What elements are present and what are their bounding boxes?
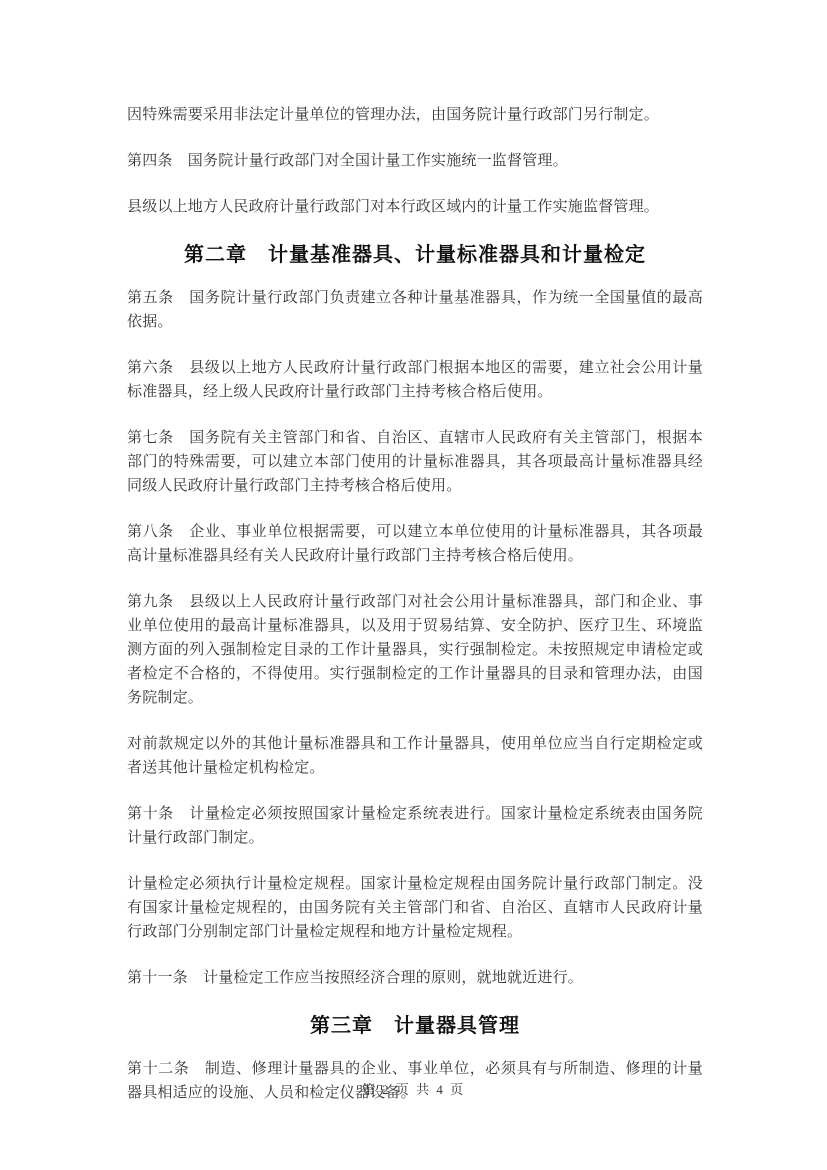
paragraph-article-10: 第十条 计量检定必须按照国家计量检定系统表进行。国家计量检定系统表由国务院计量行… bbox=[127, 802, 703, 850]
paragraph-article-4: 第四条 国务院计量行政部门对全国计量工作实施统一监督管理。 bbox=[127, 149, 703, 173]
paragraph-article-8: 第八条 企业、事业单位根据需要，可以建立本单位使用的计量标准器具，其各项最高计量… bbox=[127, 520, 703, 568]
paragraph-misc-units: 因特殊需要采用非法定计量单位的管理办法，由国务院计量行政部门另行制定。 bbox=[127, 103, 703, 127]
paragraph-article-10-cont: 计量检定必须执行计量检定规程。国家计量检定规程由国务院计量行政部门制定。没有国家… bbox=[127, 872, 703, 944]
chapter-3-heading: 第三章 计量器具管理 bbox=[127, 1012, 703, 1040]
paragraph-article-4-cont: 县级以上地方人民政府计量行政部门对本行政区域内的计量工作实施监督管理。 bbox=[127, 195, 703, 219]
paragraph-article-9: 第九条 县级以上人民政府计量行政部门对社会公用计量标准器具，部门和企业、事业单位… bbox=[127, 590, 703, 710]
document-page: 因特殊需要采用非法定计量单位的管理办法，由国务院计量行政部门另行制定。 第四条 … bbox=[0, 0, 827, 1170]
paragraph-article-7: 第七条 国务院有关主管部门和省、自治区、直辖市人民政府有关主管部门，根据本部门的… bbox=[127, 426, 703, 498]
document-body: 因特殊需要采用非法定计量单位的管理办法，由国务院计量行政部门另行制定。 第四条 … bbox=[127, 103, 703, 1127]
chapter-2-heading: 第二章 计量基准器具、计量标准器具和计量检定 bbox=[127, 241, 703, 269]
paragraph-article-6: 第六条 县级以上地方人民政府计量行政部门根据本地区的需要，建立社会公用计量标准器… bbox=[127, 356, 703, 404]
page-number-footer: 第 2 页 共 4 页 bbox=[0, 1080, 827, 1100]
paragraph-article-9-cont: 对前款规定以外的其他计量标准器具和工作计量器具，使用单位应当自行定期检定或者送其… bbox=[127, 732, 703, 780]
paragraph-article-5: 第五条 国务院计量行政部门负责建立各种计量基准器具，作为统一全国量值的最高依据。 bbox=[127, 286, 703, 334]
paragraph-article-11: 第十一条 计量检定工作应当按照经济合理的原则，就地就近进行。 bbox=[127, 966, 703, 990]
